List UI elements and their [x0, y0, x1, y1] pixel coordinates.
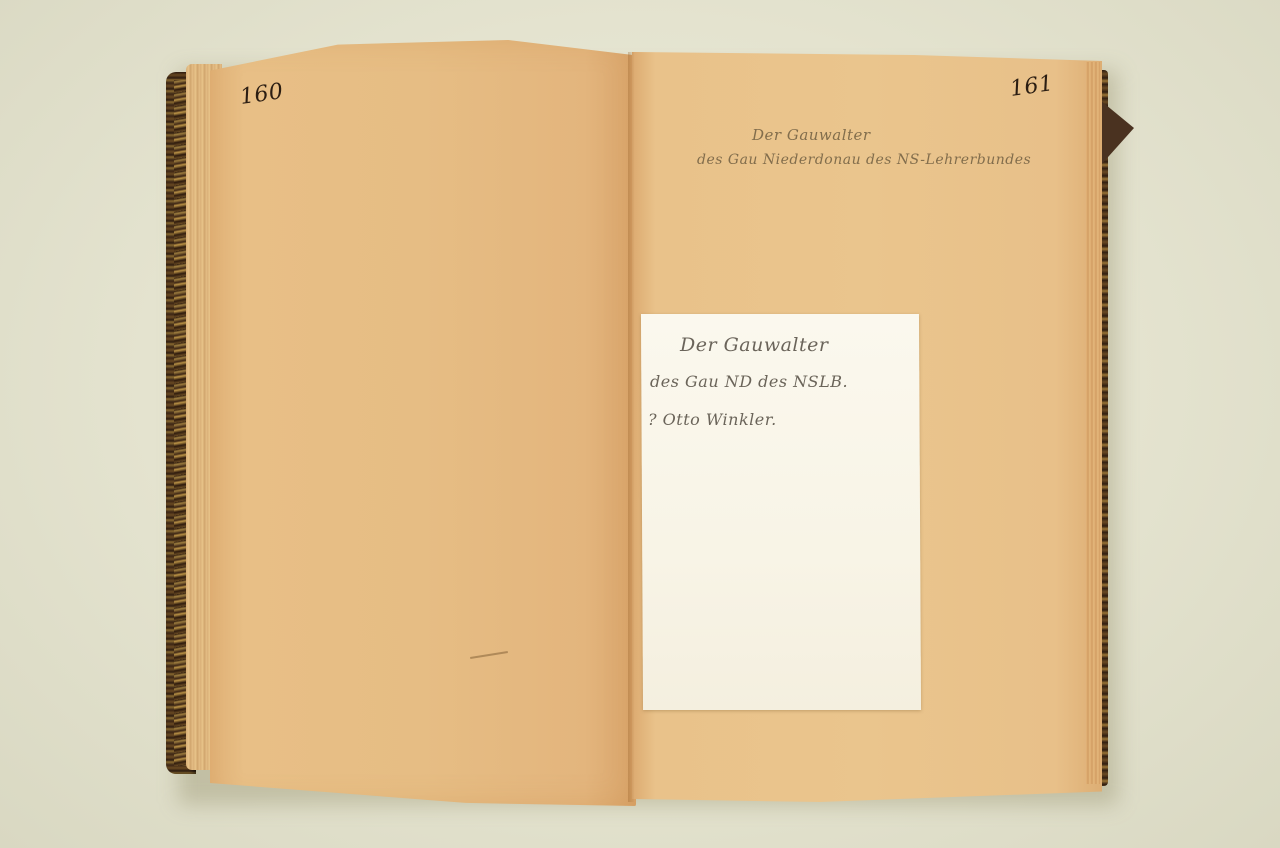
- document-photo: 160 161 Der Gauwalter des Gau Niederdona…: [0, 0, 1280, 848]
- book-gutter: [628, 52, 634, 802]
- left-page-shading: [210, 40, 636, 806]
- right-page-fore-edge: [1086, 62, 1100, 784]
- card-line-1: Der Gauwalter: [680, 334, 828, 356]
- torn-cover-corner: [1100, 100, 1134, 166]
- card-line-3: ? Otto Winkler.: [648, 410, 777, 429]
- right-page-heading-line-2: des Gau Niederdonau des NS-Lehrerbundes: [697, 152, 1031, 168]
- right-page-heading-line-1: Der Gauwalter: [752, 126, 871, 144]
- card-line-2: des Gau ND des NSLB.: [650, 372, 848, 391]
